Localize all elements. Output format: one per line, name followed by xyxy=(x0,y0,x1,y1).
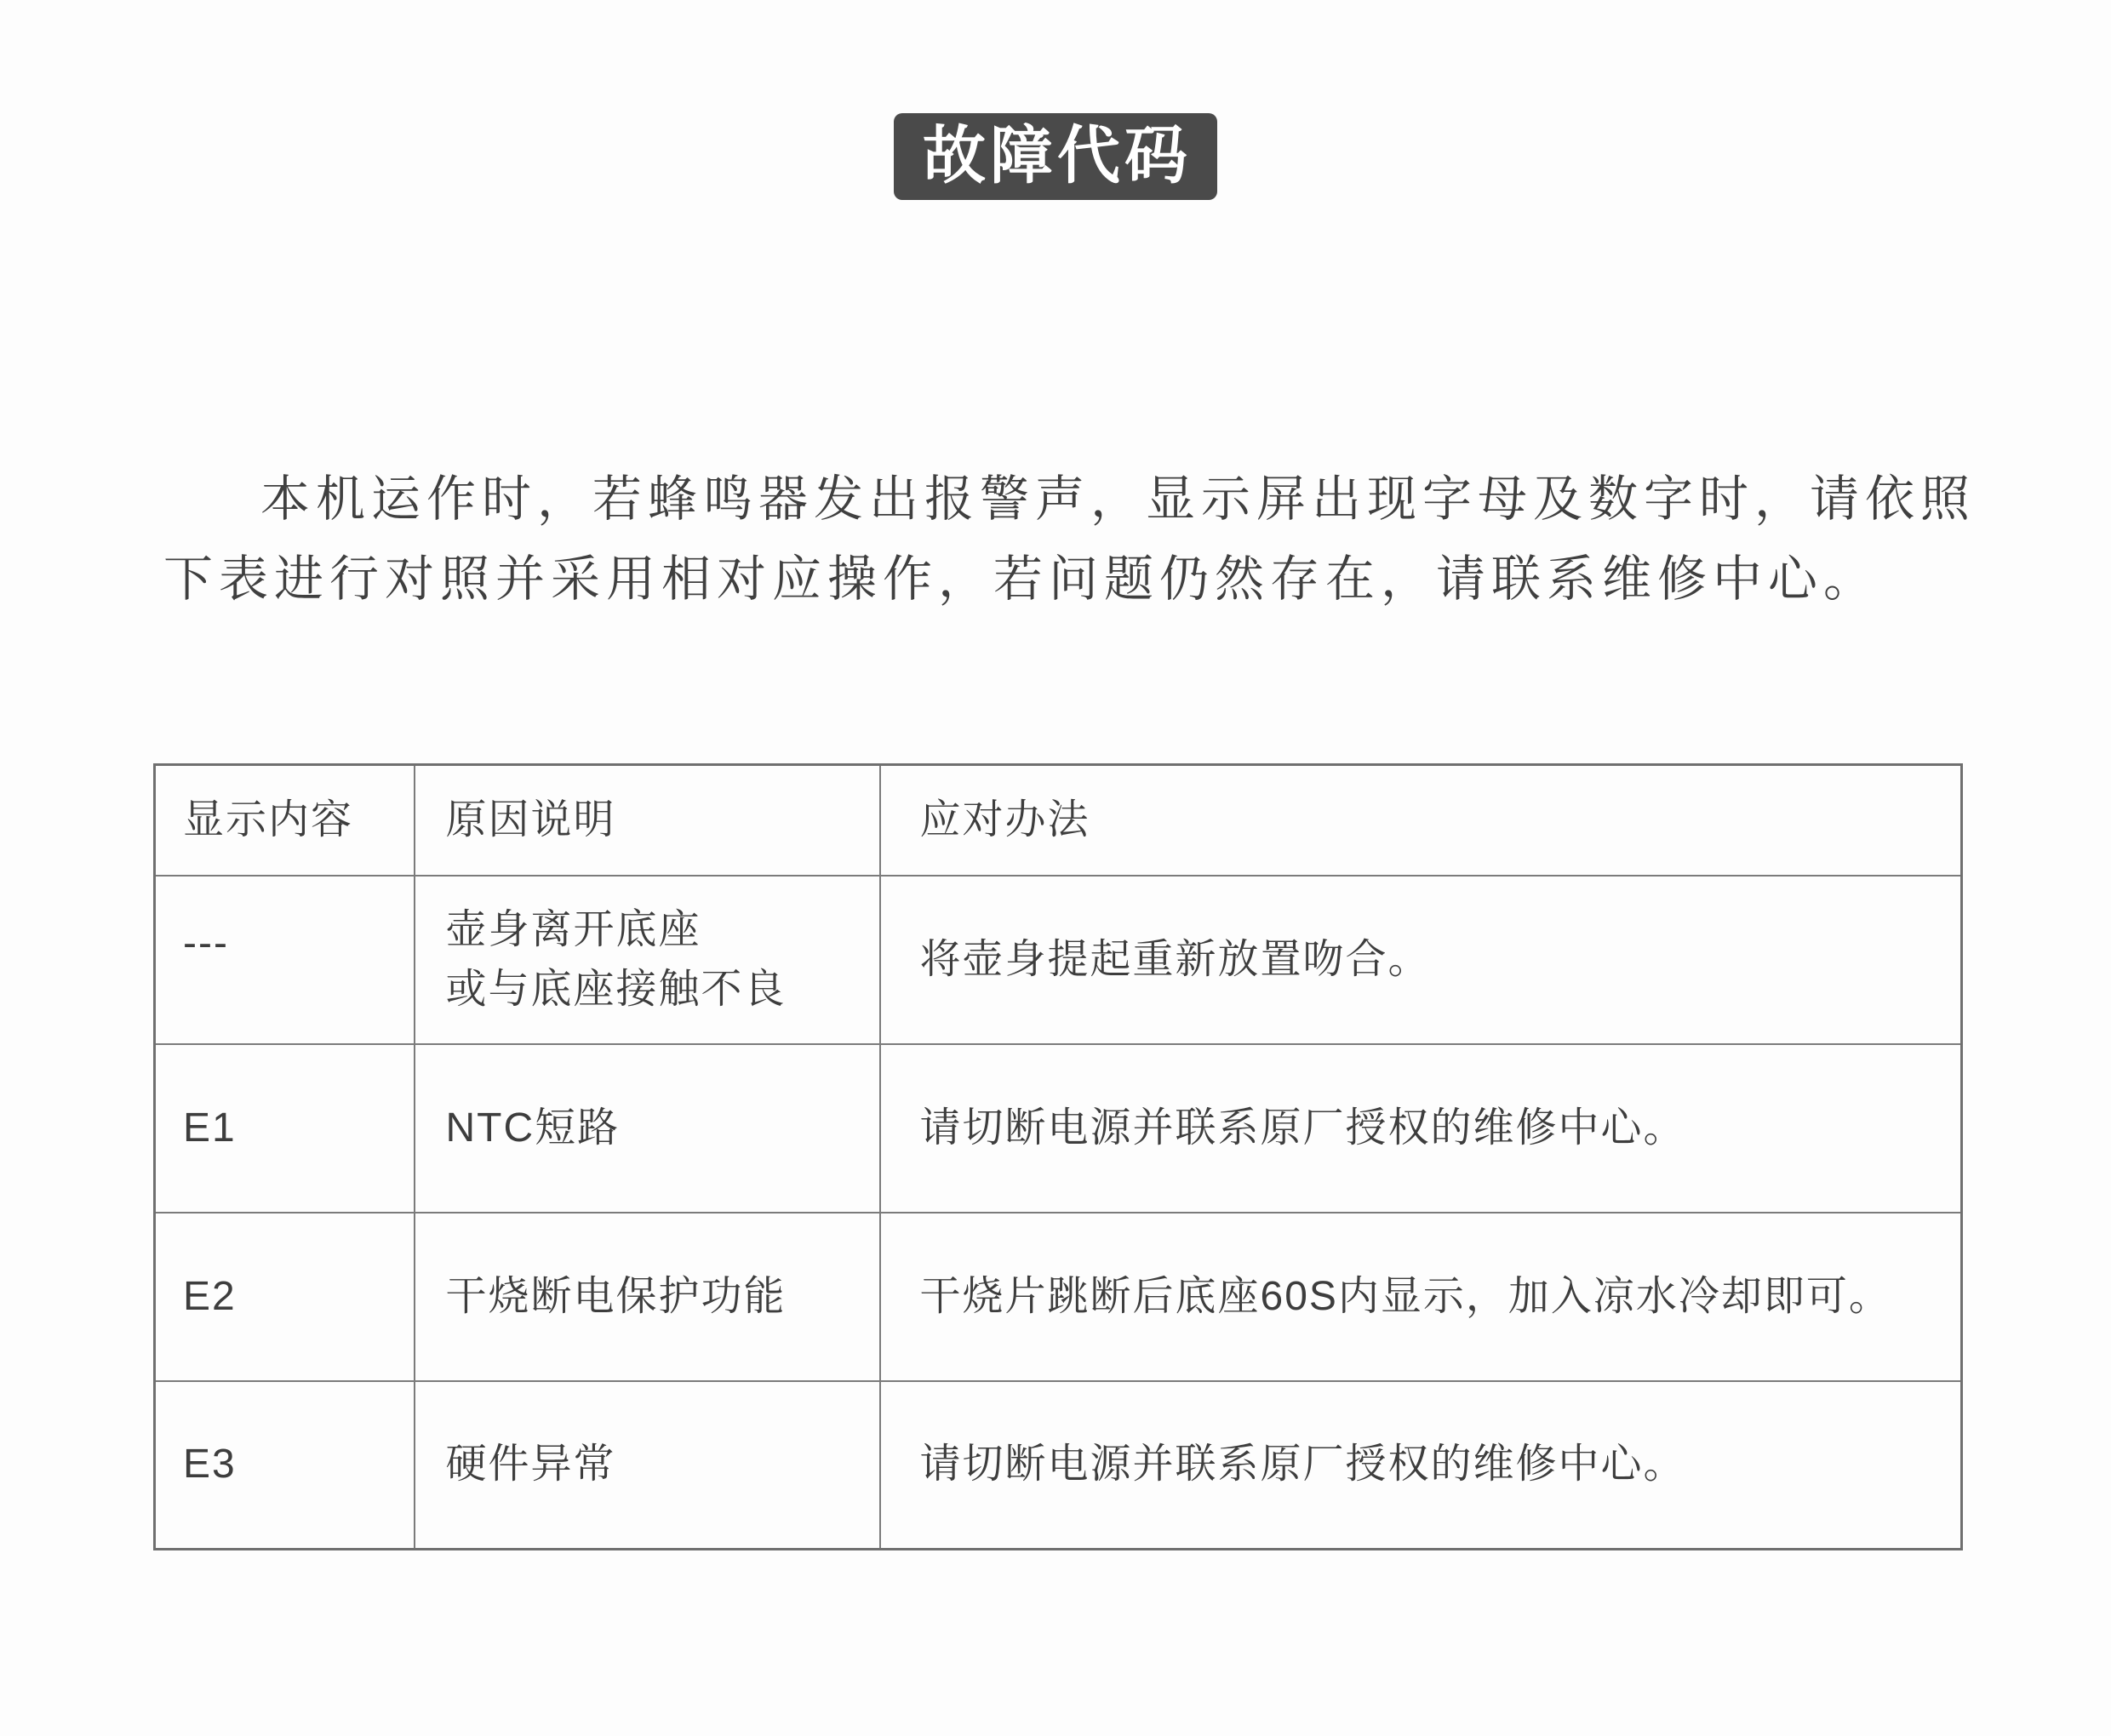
table-row: E3 硬件异常 请切断电源并联系原厂授权的维修中心。 xyxy=(155,1381,1962,1550)
table-row: E2 干烧断电保护功能 干烧片跳断后底座60S内显示，加入凉水冷却即可。 xyxy=(155,1213,1962,1381)
fault-code-cell: E3 xyxy=(155,1381,415,1550)
fault-solution-cell: 将壶身提起重新放置吻合。 xyxy=(880,876,1962,1044)
fault-solution-cell: 请切断电源并联系原厂授权的维修中心。 xyxy=(880,1044,1962,1213)
col-header-cause: 原因说明 xyxy=(415,765,880,876)
page-title: 故障代码 xyxy=(894,113,1217,200)
table-row: --- 壶身离开底座 或与底座接触不良 将壶身提起重新放置吻合。 xyxy=(155,876,1962,1044)
fault-solution-cell: 干烧片跳断后底座60S内显示，加入凉水冷却即可。 xyxy=(880,1213,1962,1381)
fault-cause-cell: NTC短路 xyxy=(415,1044,880,1213)
table-header-row: 显示内容 原因说明 应对办法 xyxy=(155,765,1962,876)
intro-line-1: 本机运作时，若蜂鸣器发出报警声，显示屏出现字母及数字时，请依照 xyxy=(163,460,2002,540)
fault-cause-cell: 壶身离开底座 或与底座接触不良 xyxy=(415,876,880,1044)
fault-code-cell: E2 xyxy=(155,1213,415,1381)
intro-paragraph: 本机运作时，若蜂鸣器发出报警声，显示屏出现字母及数字时，请依照 下表进行对照并采… xyxy=(163,460,2002,620)
col-header-display: 显示内容 xyxy=(155,765,415,876)
col-header-solution: 应对办法 xyxy=(880,765,1962,876)
intro-line-2: 下表进行对照并采用相对应操作，若问题仍然存在，请联系维修中心。 xyxy=(163,540,2002,620)
fault-cause-cell: 硬件异常 xyxy=(415,1381,880,1550)
fault-code-cell: --- xyxy=(155,876,415,1044)
fault-cause-cell: 干烧断电保护功能 xyxy=(415,1213,880,1381)
table-row: E1 NTC短路 请切断电源并联系原厂授权的维修中心。 xyxy=(155,1044,1962,1213)
manual-page: 故障代码 本机运作时，若蜂鸣器发出报警声，显示屏出现字母及数字时，请依照 下表进… xyxy=(0,0,2111,1736)
title-wrap: 故障代码 xyxy=(0,113,2111,200)
fault-solution-cell: 请切断电源并联系原厂授权的维修中心。 xyxy=(880,1381,1962,1550)
fault-code-cell: E1 xyxy=(155,1044,415,1213)
fault-code-table: 显示内容 原因说明 应对办法 --- 壶身离开底座 或与底座接触不良 将壶身提起… xyxy=(153,763,1963,1550)
